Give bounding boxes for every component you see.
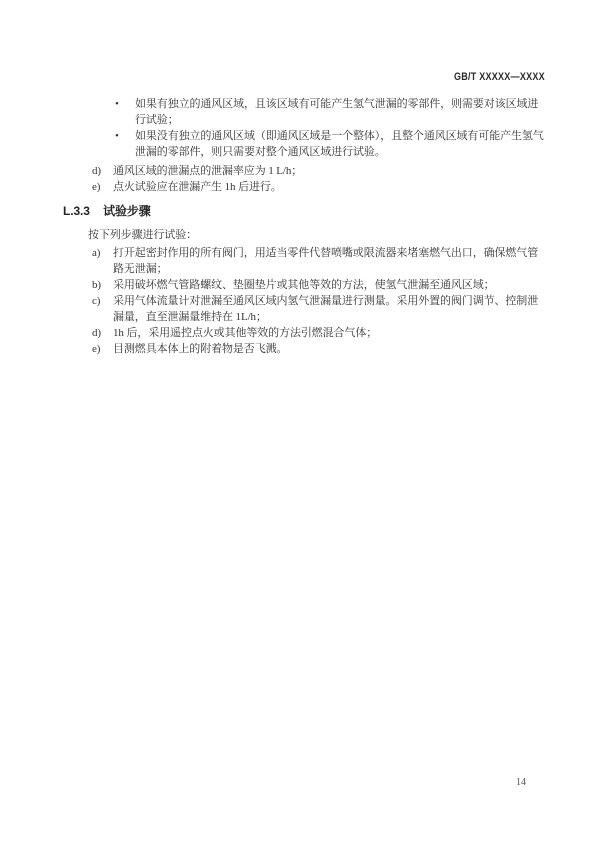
- section-number: L.3.3: [63, 204, 90, 219]
- list-item-marker: d): [92, 163, 112, 179]
- list-item-text: 如果有独立的通风区域，且该区域有可能产生氢气泄漏的零部件，则需要对该区域进行试验…: [135, 98, 538, 126]
- standard-number-header: GB/T XXXXX—XXXX: [454, 71, 545, 83]
- list-item: d) 1h 后，采用遥控点火或其他等效的方法引燃混合气体；: [63, 325, 545, 341]
- bullet-icon: •: [115, 96, 119, 112]
- list-item-text: 点火试验应在泄漏产生 1h 后进行。: [113, 181, 282, 193]
- list-item: • 如果有独立的通风区域，且该区域有可能产生氢气泄漏的零部件，则需要对该区域进行…: [63, 96, 545, 128]
- list-item-marker: e): [92, 341, 112, 357]
- intro-paragraph: 按下列步骤进行试验：: [63, 227, 545, 243]
- list-item-marker: b): [92, 277, 112, 293]
- section-heading: L.3.3 试验步骤: [63, 204, 545, 219]
- list-item-text: 打开起密封作用的所有阀门，用适当零件代替喷嘴或限流器来堵塞燃气出口，确保燃气管路…: [113, 247, 538, 275]
- list-item-text: 1h 后，采用遥控点火或其他等效的方法引燃混合气体；: [113, 327, 377, 339]
- list-item-marker: c): [92, 293, 112, 309]
- page-content: • 如果有独立的通风区域，且该区域有可能产生氢气泄漏的零部件，则需要对该区域进行…: [63, 96, 545, 357]
- list-item-marker: a): [92, 245, 112, 261]
- list-item-text: 目测燃具本体上的附着物是否飞溅。: [113, 343, 287, 355]
- list-item-marker: e): [92, 179, 112, 195]
- list-item: e) 点火试验应在泄漏产生 1h 后进行。: [63, 179, 545, 195]
- steps-list: a) 打开起密封作用的所有阀门，用适当零件代替喷嘴或限流器来堵塞燃气出口，确保燃…: [63, 245, 545, 357]
- page-number: 14: [511, 777, 531, 788]
- list-item-marker: d): [92, 325, 112, 341]
- section-title: 试验步骤: [103, 204, 151, 219]
- list-item-text: 如果没有独立的通风区域（即通风区域是一个整体），且整个通风区域有可能产生氢气泄漏…: [135, 130, 544, 158]
- bullet-icon: •: [115, 128, 119, 144]
- list-item-text: 采用破坏燃气管路螺纹、垫圈垫片或其他等效的方法，使氢气泄漏至通风区域；: [113, 279, 495, 291]
- bullet-list: • 如果有独立的通风区域，且该区域有可能产生氢气泄漏的零部件，则需要对该区域进行…: [63, 96, 545, 160]
- document-page: GB/T XXXXX—XXXX • 如果有独立的通风区域，且该区域有可能产生氢气…: [0, 0, 600, 848]
- list-item-text: 通风区域的泄漏点的泄漏率应为 1 L/h；: [113, 165, 302, 177]
- list-item: e) 目测燃具本体上的附着物是否飞溅。: [63, 341, 545, 357]
- list-item: d) 通风区域的泄漏点的泄漏率应为 1 L/h；: [63, 163, 545, 179]
- list-item: • 如果没有独立的通风区域（即通风区域是一个整体），且整个通风区域有可能产生氢气…: [63, 128, 545, 160]
- list-item: c) 采用气体流量计对泄漏至通风区域内氢气泄漏量进行测量。采用外置的阀门调节、控…: [63, 293, 545, 325]
- list-item-text: 采用气体流量计对泄漏至通风区域内氢气泄漏量进行测量。采用外置的阀门调节、控制泄漏…: [113, 295, 538, 323]
- lettered-list-de: d) 通风区域的泄漏点的泄漏率应为 1 L/h； e) 点火试验应在泄漏产生 1…: [63, 163, 545, 195]
- list-item: b) 采用破坏燃气管路螺纹、垫圈垫片或其他等效的方法，使氢气泄漏至通风区域；: [63, 277, 545, 293]
- list-item: a) 打开起密封作用的所有阀门，用适当零件代替喷嘴或限流器来堵塞燃气出口，确保燃…: [63, 245, 545, 277]
